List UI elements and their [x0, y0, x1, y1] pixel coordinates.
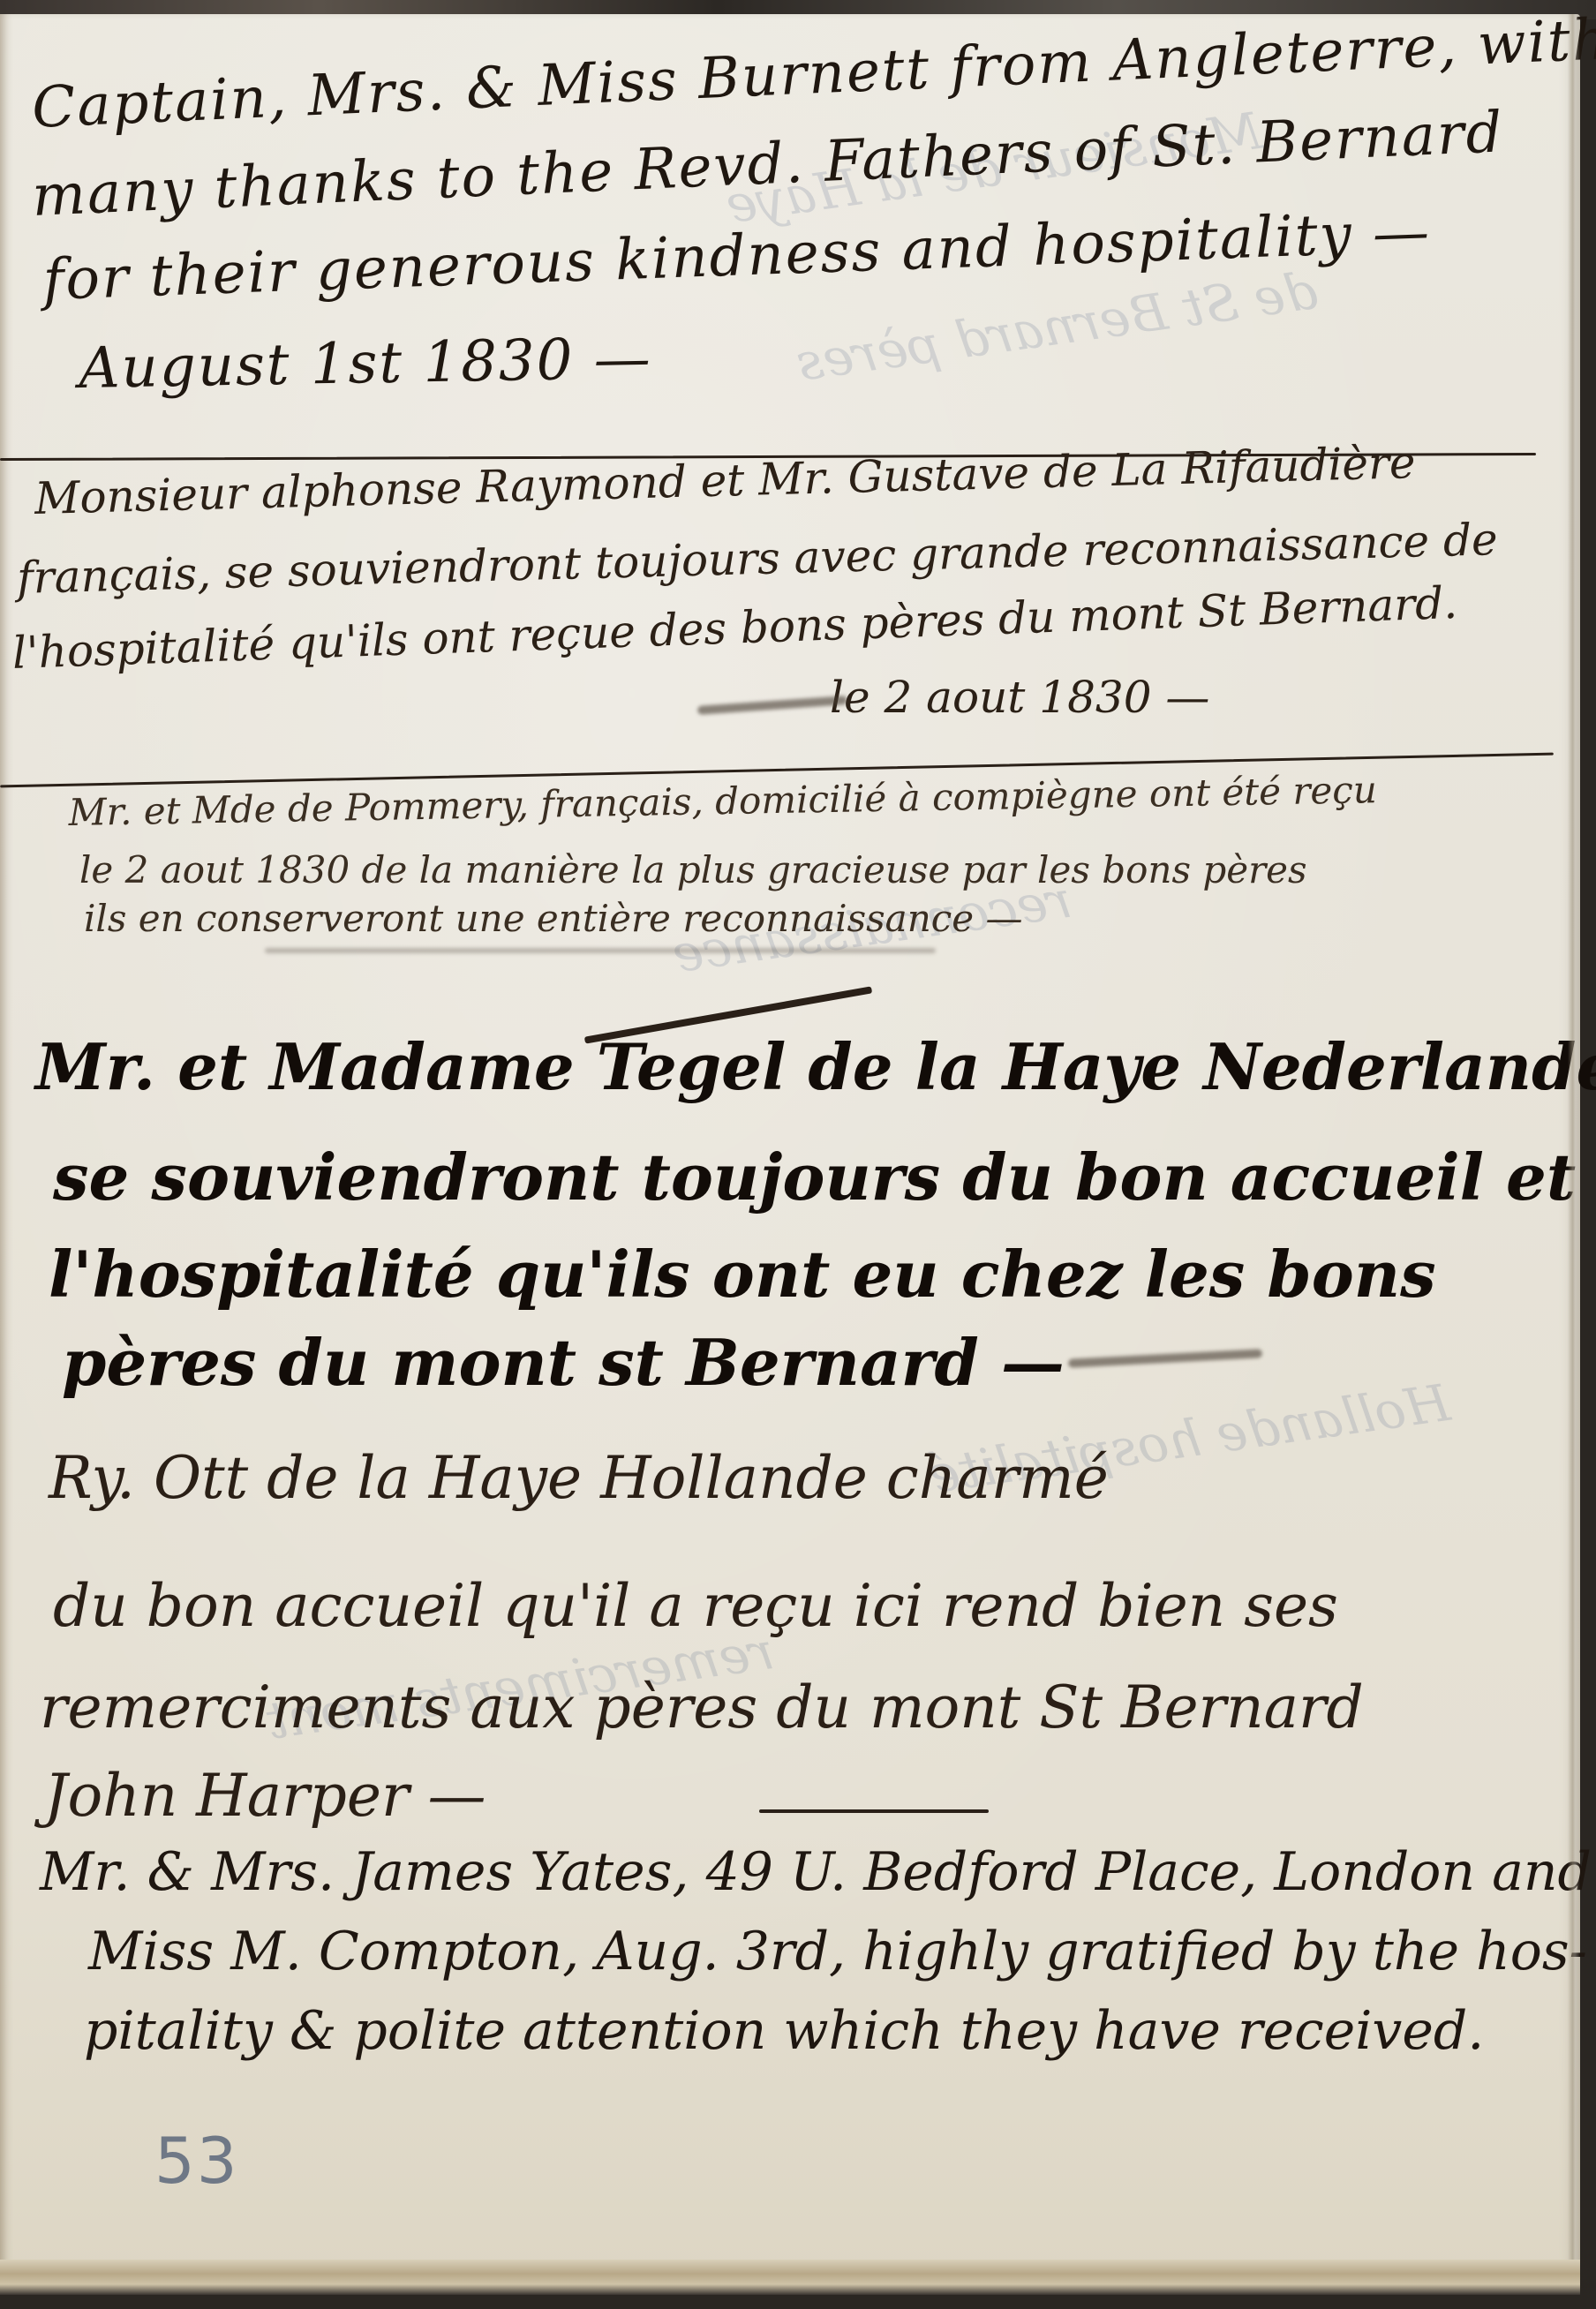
ink-stroke	[759, 1809, 989, 1813]
entry-date: le 2 aout 1830 —	[830, 672, 1209, 723]
entry-line: pères du mont st Bernard —	[62, 1325, 1065, 1400]
entry-line: Mr. & Mrs. James Yates, 49 U. Bedford Pl…	[40, 1841, 1592, 1903]
entry-line: pitality & polite attention which they h…	[84, 2000, 1484, 2062]
page-edge-bottom	[0, 2260, 1580, 2295]
ink-smudge	[1068, 1349, 1262, 1368]
entry-signature: John Harper —	[44, 1762, 486, 1830]
entry-line: Ry. Ott de la Haye Hollande charmé	[49, 1444, 1109, 1512]
ink-smudge	[265, 948, 936, 953]
entry-line: le 2 aout 1830 de la manière la plus gra…	[79, 848, 1307, 891]
entry-line: Mr. et Mde de Pommery, français, domicil…	[68, 768, 1377, 834]
entry-line: Miss M. Compton, Aug. 3rd, highly gratif…	[88, 1921, 1587, 1982]
entry-line: Mr. et Madame Tegel de la Haye Nederland…	[35, 1029, 1596, 1104]
entry-line: remerciments aux pères du mont St Bernar…	[40, 1673, 1364, 1741]
page-edge	[1568, 14, 1580, 2274]
ink-smudge	[697, 696, 847, 715]
entry-date: August 1st 1830 —	[79, 327, 653, 402]
entry-line: Monsieur alphonse Raymond et Mr. Gustave…	[34, 437, 1416, 524]
entry-line: se souviendront toujours du bon accueil …	[53, 1139, 1596, 1215]
entry-line: du bon accueil qu'il a reçu ici rend bie…	[53, 1572, 1338, 1640]
entry-line: l'hospitalité qu'ils ont eu chez les bon…	[49, 1237, 1436, 1312]
entry-line: ils en conserveront une entière reconnai…	[84, 897, 1023, 940]
page-number: 53	[154, 2124, 239, 2198]
manuscript-page: Monsieur de la Haye de St Bernard pères …	[0, 14, 1580, 2278]
